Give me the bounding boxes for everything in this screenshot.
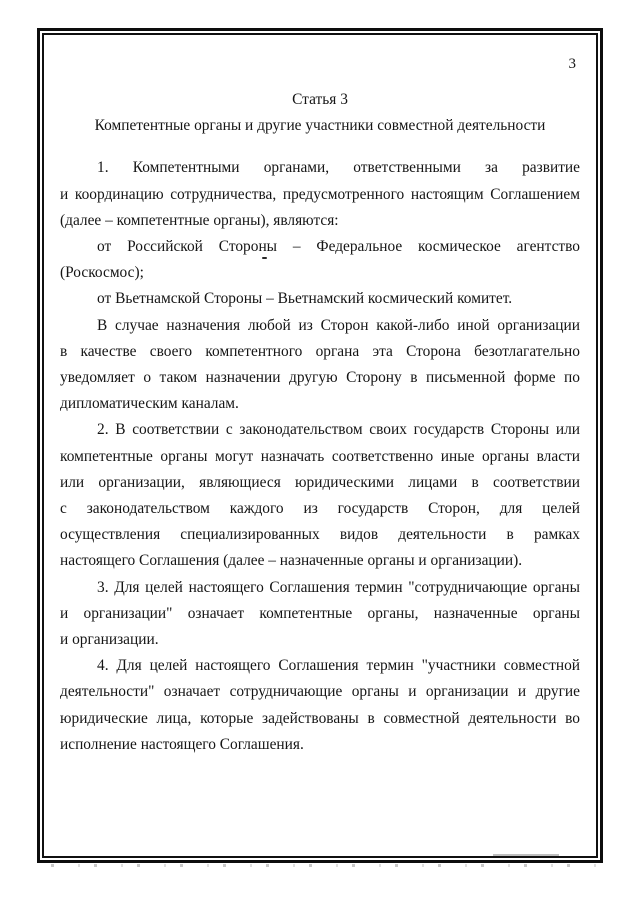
scan-artifact-noise bbox=[37, 864, 603, 867]
paragraph: 3. Для целей настоящего Соглашения терми… bbox=[60, 575, 580, 654]
text-line: от Российской Стороны – Федеральное косм… bbox=[60, 234, 580, 260]
text-line: (Роскосмос); bbox=[60, 260, 580, 286]
text-line: юридические лица, которые задействованы … bbox=[60, 706, 580, 732]
text-line: деятельности" означает сотрудничающие ор… bbox=[60, 679, 580, 705]
paragraph: 1. Компетентными органами, ответственным… bbox=[60, 155, 580, 234]
text-line: исполнение настоящего Соглашения. bbox=[60, 732, 580, 758]
text-line: и координацию сотрудничества, предусмотр… bbox=[60, 182, 580, 208]
text-line: 3. Для целей настоящего Соглашения терми… bbox=[60, 575, 580, 601]
scanned-page: 3 Статья 3 Компетентные органы и другие … bbox=[0, 0, 640, 905]
text-line: 4. Для целей настоящего Соглашения терми… bbox=[60, 653, 580, 679]
page-border-outer: 3 Статья 3 Компетентные органы и другие … bbox=[37, 28, 603, 863]
paragraph: от Российской Стороны – Федеральное косм… bbox=[60, 234, 580, 286]
text-line: настоящего Соглашения (далее – назначенн… bbox=[60, 548, 580, 574]
text-line: от Вьетнамской Стороны – Вьетнамский кос… bbox=[60, 286, 580, 312]
text-line: 1. Компетентными органами, ответственным… bbox=[60, 155, 580, 181]
article-subheading: Компетентные органы и другие участники с… bbox=[60, 113, 580, 139]
document-body: 1. Компетентными органами, ответственным… bbox=[60, 155, 580, 758]
paragraph: 4. Для целей настоящего Соглашения терми… bbox=[60, 653, 580, 758]
text-line: дипломатическим каналам. bbox=[60, 391, 580, 417]
text-line: с законодательством каждого из государст… bbox=[60, 496, 580, 522]
paragraph: 2. В соответствии с законодательством св… bbox=[60, 417, 580, 574]
text-line: 2. В соответствии с законодательством св… bbox=[60, 417, 580, 443]
text-line: уведомляет о таком назначении другую Сто… bbox=[60, 365, 580, 391]
text-line: компетентные органы могут назначать соот… bbox=[60, 444, 580, 470]
article-heading: Статья 3 bbox=[60, 87, 580, 113]
page-border-inner: 3 Статья 3 Компетентные органы и другие … bbox=[42, 33, 598, 858]
paragraph: В случае назначения любой из Сторон како… bbox=[60, 313, 580, 418]
paragraph: от Вьетнамской Стороны – Вьетнамский кос… bbox=[60, 286, 580, 312]
text-line: в качестве своего компетентного органа э… bbox=[60, 339, 580, 365]
text-line: В случае назначения любой из Сторон како… bbox=[60, 313, 580, 339]
scan-artifact-smudge bbox=[493, 854, 559, 856]
page-number: 3 bbox=[60, 55, 580, 73]
text-line: осуществления специализированных видов д… bbox=[60, 522, 580, 548]
text-line: (далее – компетентные органы), являются: bbox=[60, 208, 580, 234]
scan-artifact-dot bbox=[262, 257, 267, 259]
text-line: или организации, являющиеся юридическими… bbox=[60, 470, 580, 496]
text-line: и организации. bbox=[60, 627, 580, 653]
page-content: 3 Статья 3 Компетентные органы и другие … bbox=[44, 35, 596, 856]
text-line: и организации" означает компетентные орг… bbox=[60, 601, 580, 627]
